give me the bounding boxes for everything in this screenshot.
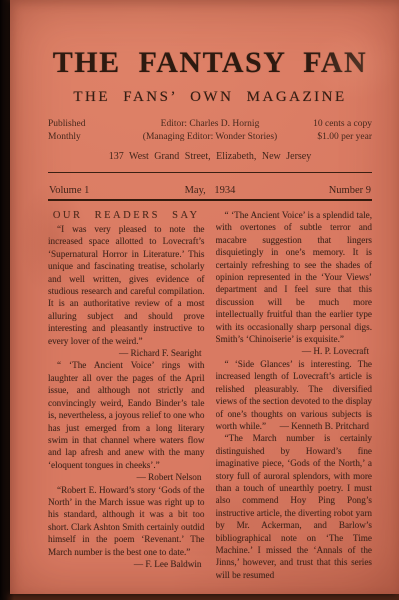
magazine-subtitle: THE FANS’ OWN MAGAZINE bbox=[48, 89, 372, 106]
letter-text: “The March number is certainly distingui… bbox=[216, 433, 373, 579]
monthly-label: Monthly bbox=[48, 131, 143, 144]
letters-columns: OUR READERS SAY “I was very pleased to n… bbox=[48, 209, 372, 581]
letter-attribution: — Richard F. Searight bbox=[119, 347, 204, 359]
issue-number: Number 9 bbox=[235, 184, 371, 197]
divider-rule-top bbox=[48, 172, 372, 173]
letter-text: “ ‘The Ancient Voice’ is a splendid tale… bbox=[216, 210, 373, 344]
publisher-address: 137 West Grand Street, Elizabeth, New Je… bbox=[48, 151, 372, 163]
section-heading: OUR READERS SAY bbox=[48, 209, 205, 222]
magazine-title: THE FANTASY FAN bbox=[48, 46, 372, 79]
reader-letter-pritchard: “ ‘Side Glances’ is interesting. The inc… bbox=[216, 358, 373, 432]
issue-info-row: Volume 1 May, 1934 Number 9 bbox=[48, 181, 372, 199]
left-column: OUR READERS SAY “I was very pleased to n… bbox=[48, 209, 205, 581]
price-info: 10 cents a copy $1.00 per year bbox=[277, 118, 372, 144]
reader-letter-searight: “I was very pleased to note the increase… bbox=[48, 223, 205, 359]
reader-letter-lovecraft: “ ‘The Ancient Voice’ is a splendid tale… bbox=[216, 209, 373, 358]
reader-letter-nelson: “ ‘The Ancient Voice’ rings with laughte… bbox=[48, 359, 205, 483]
letter-attribution: — Kenneth B. Pritchard bbox=[280, 420, 372, 432]
price-per-year: $1.00 per year bbox=[277, 131, 372, 144]
reader-letter-baldwin: “Robert E. Howard’s story ‘Gods of the N… bbox=[48, 484, 205, 571]
letter-text: “I was very pleased to note the increase… bbox=[48, 224, 205, 346]
page-content: THE FANTASY FAN THE FANS’ OWN MAGAZINE P… bbox=[10, 46, 399, 581]
letter-attribution: — F. Lee Baldwin bbox=[134, 558, 205, 570]
magazine-cover-page: THE FANTASY FAN THE FANS’ OWN MAGAZINE P… bbox=[10, 0, 399, 594]
editor-info: Editor: Charles D. Hornig (Managing Edit… bbox=[143, 118, 277, 144]
price-per-copy: 10 cents a copy bbox=[277, 118, 372, 131]
publication-info-row: Published Monthly Editor: Charles D. Hor… bbox=[48, 118, 372, 144]
letter-text: “ ‘The Ancient Voice’ rings with laughte… bbox=[48, 360, 205, 469]
volume-label: Volume 1 bbox=[49, 184, 185, 197]
editor-line: Editor: Charles D. Hornig bbox=[143, 118, 277, 131]
letter-attribution: — Robert Nelson bbox=[137, 471, 205, 483]
letter-attribution: — H. P. Lovecraft bbox=[302, 345, 372, 357]
scanned-page-background: THE FANTASY FAN THE FANS’ OWN MAGAZINE P… bbox=[0, 0, 399, 600]
issue-date: May, 1934 bbox=[185, 184, 236, 197]
published-label: Published bbox=[48, 118, 143, 131]
divider-rule-bottom bbox=[48, 199, 372, 201]
right-column: “ ‘The Ancient Voice’ is a splendid tale… bbox=[216, 209, 373, 581]
publication-frequency: Published Monthly bbox=[48, 118, 143, 144]
reader-letter-continued: “The March number is certainly distingui… bbox=[216, 432, 373, 581]
managing-editor-line: (Managing Editor: Wonder Stories) bbox=[143, 131, 277, 144]
letter-text: “Robert E. Howard’s story ‘Gods of the N… bbox=[48, 485, 205, 557]
